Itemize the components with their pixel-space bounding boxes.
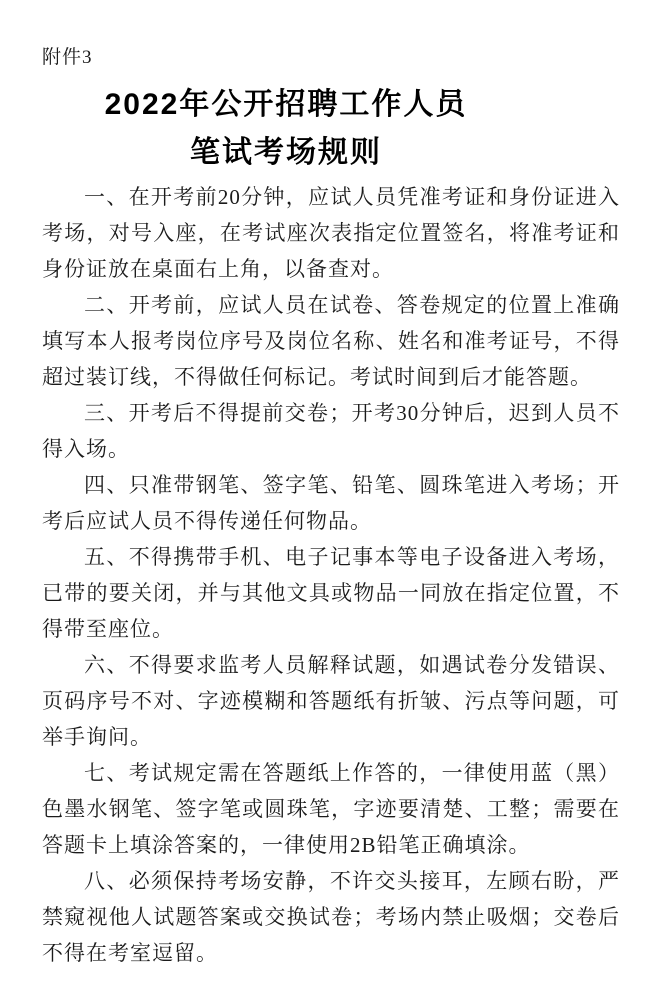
title-line-1: 2022年公开招聘工作人员 [42,81,530,129]
rule-paragraph-5: 五、不得携带手机、电子记事本等电子设备进入考场，已带的要关闭，并与其他文具或物品… [42,539,620,647]
rule-paragraph-8: 八、必须保持考场安静，不许交头接耳，左顾右盼，严禁窥视他人试题答案或交换试卷；考… [42,863,620,971]
attachment-label: 附件3 [42,47,620,69]
rule-paragraph-7: 七、考试规定需在答题纸上作答的，一律使用蓝（黑）色墨水钢笔、签字笔或圆珠笔，字迹… [42,755,620,863]
title-line-2: 笔试考场规则 [42,129,530,177]
rule-paragraph-1: 一、在开考前20分钟，应试人员凭准考证和身份证进入考场，对号入座，在考试座次表指… [42,179,620,287]
document-title: 2022年公开招聘工作人员 笔试考场规则 [42,81,620,177]
document-page: 附件3 2022年公开招聘工作人员 笔试考场规则 一、在开考前20分钟，应试人员… [0,0,657,999]
rule-paragraph-4: 四、只准带钢笔、签字笔、铅笔、圆珠笔进入考场；开考后应试人员不得传递任何物品。 [42,467,620,539]
rule-paragraph-6: 六、不得要求监考人员解释试题，如遇试卷分发错误、页码序号不对、字迹模糊和答题纸有… [42,647,620,755]
rules-body: 一、在开考前20分钟，应试人员凭准考证和身份证进入考场，对号入座，在考试座次表指… [42,179,620,971]
rule-paragraph-2: 二、开考前，应试人员在试卷、答卷规定的位置上准确填写本人报考岗位序号及岗位名称、… [42,287,620,395]
rule-paragraph-3: 三、开考后不得提前交卷；开考30分钟后，迟到人员不得入场。 [42,395,620,467]
